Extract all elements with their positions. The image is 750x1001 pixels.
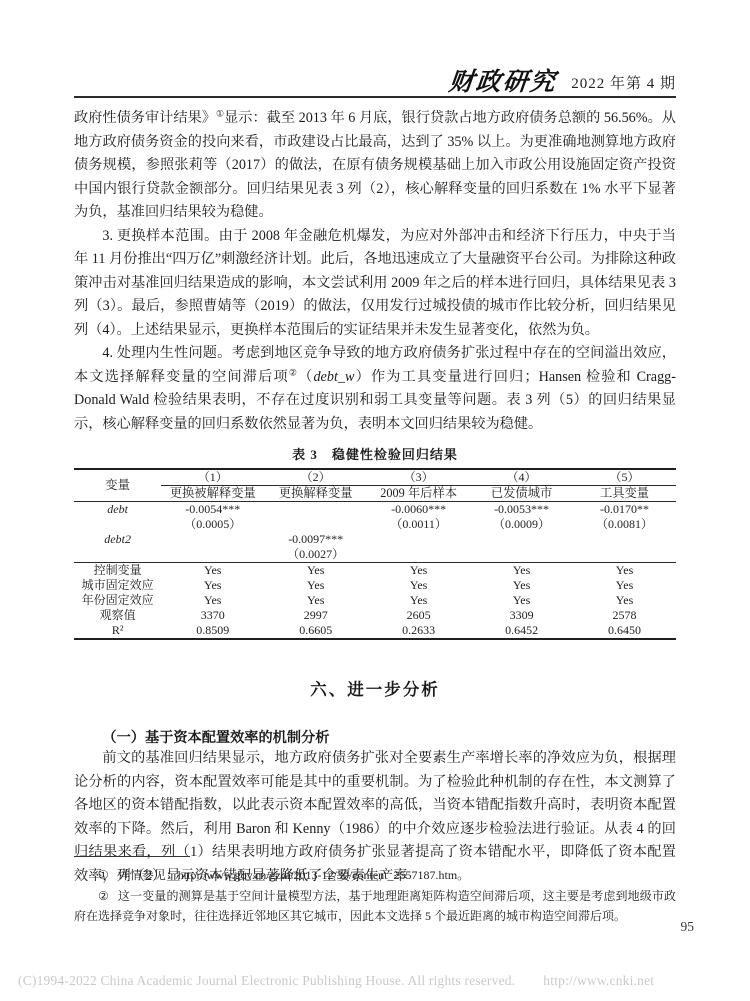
footnote-1-text: 详情参见：http://www.gov.cn/gzdt/2013-12/30/c… [118, 868, 469, 882]
table-cell: Yes [264, 563, 367, 579]
table-cell: 3370 [161, 608, 264, 623]
table-col-number: （2） [264, 469, 367, 486]
footnote-2-text: 这一变量的测算是基于空间计量模型方法，基于地理距离矩阵构造空间滞后项，这主要是考… [74, 889, 676, 924]
table-cell [161, 547, 264, 563]
table-cell [264, 517, 367, 532]
row-label: 城市固定效应 [74, 578, 161, 593]
table-cell: （0.0009） [470, 517, 573, 532]
table-cell: Yes [367, 578, 470, 593]
journal-issue-label: 2022 年第 4 期 [571, 76, 676, 92]
footnote-separator-rule [74, 856, 190, 857]
table-stub-header: 变量 [74, 469, 161, 502]
table-col-name: 更换被解释变量 [161, 486, 264, 502]
table-cell: Yes [573, 563, 676, 579]
table-cell: Yes [470, 593, 573, 608]
page-number: 95 [681, 919, 695, 935]
table-3-block: 表 3 稳健性检验回归结果 变量（1）（2）（3）（4）（5）更换被解释变量更换… [74, 444, 676, 640]
table-cell: Yes [573, 593, 676, 608]
table-cell [161, 532, 264, 547]
table-cell [470, 532, 573, 547]
table-cell: -0.0054*** [161, 502, 264, 518]
paragraph-endogeneity: 4. 处理内生性问题。考虑到地区竞争导致的地方政府债务扩张过程中存在的空间溢出效… [74, 342, 676, 436]
table-cell: （0.0005） [161, 517, 264, 532]
table-cell: -0.0097*** [264, 532, 367, 547]
table-col-name: 2009 年后样本 [367, 486, 470, 502]
table-col-number: （3） [367, 469, 470, 486]
table-row: （0.0027） [74, 547, 676, 563]
footnote-2: ②这一变量的测算是基于空间计量模型方法，基于地理距离矩阵构造空间滞后项，这主要是… [74, 886, 676, 927]
footnote-area: ①详情参见：http://www.gov.cn/gzdt/2013-12/30/… [74, 856, 676, 927]
robustness-table: 变量（1）（2）（3）（4）（5）更换被解释变量更换解释变量2009 年后样本已… [74, 468, 676, 640]
table-cell: 0.2633 [367, 623, 470, 639]
row-label: 观察值 [74, 608, 161, 623]
table-cell: Yes [470, 563, 573, 579]
table-title: 表 3 稳健性检验回归结果 [74, 444, 676, 463]
subsection-title: （一）基于资本配置效率的机制分析 [74, 727, 676, 747]
table-cell: 0.8509 [161, 623, 264, 639]
row-label [74, 517, 161, 532]
footnote-1: ①详情参见：http://www.gov.cn/gzdt/2013-12/30/… [74, 865, 676, 886]
table-cell [573, 532, 676, 547]
paragraph-audit-result: 政府性债务审计结果》①显示：截至 2013 年 6 月底，银行贷款占地方政府债务… [74, 107, 676, 225]
table-col-name: 工具变量 [573, 486, 676, 502]
table-cell [367, 532, 470, 547]
table-cell [264, 502, 367, 518]
table-cell: 2578 [573, 608, 676, 623]
table-cell: Yes [573, 578, 676, 593]
table-cell: （0.0027） [264, 547, 367, 563]
table-cell: （0.0081） [573, 517, 676, 532]
table-row: 控制变量YesYesYesYesYes [74, 563, 676, 579]
table-cell: Yes [367, 593, 470, 608]
table-row: debt-0.0054***-0.0060***-0.0053***-0.017… [74, 502, 676, 518]
table-header-row-names: 更换被解释变量更换解释变量2009 年后样本已发债城市工具变量 [74, 486, 676, 502]
table-cell: Yes [161, 578, 264, 593]
table-row: R²0.85090.66050.26330.64520.6450 [74, 623, 676, 639]
row-label: R² [74, 623, 161, 639]
page-content: 财政研究 2022 年第 4 期 政府性债务审计结果》①显示：截至 2013 年… [74, 62, 676, 888]
table-row: 年份固定效应YesYesYesYesYes [74, 593, 676, 608]
table-cell: Yes [264, 578, 367, 593]
paper-page: 财政研究 2022 年第 4 期 政府性债务审计结果》①显示：截至 2013 年… [0, 0, 750, 1001]
table-cell: -0.0060*** [367, 502, 470, 518]
row-label: 年份固定效应 [74, 593, 161, 608]
journal-logo: 财政研究 [447, 62, 559, 98]
table-cell: Yes [367, 563, 470, 579]
table-cell: Yes [470, 578, 573, 593]
body-text: 政府性债务审计结果》①显示：截至 2013 年 6 月底，银行贷款占地方政府债务… [74, 107, 676, 436]
table-cell [470, 547, 573, 563]
row-label: debt2 [74, 532, 161, 547]
row-label: 控制变量 [74, 563, 161, 579]
table-cell: 0.6605 [264, 623, 367, 639]
copyright-text: (C)1994-2022 China Academic Journal Elec… [18, 973, 515, 988]
table-row: （0.0005）（0.0011）（0.0009）（0.0081） [74, 517, 676, 532]
table-cell: Yes [161, 593, 264, 608]
table-cell: 0.6452 [470, 623, 573, 639]
paragraph-sample-range: 3. 更换样本范围。由于 2008 年金融危机爆发，为应对外部冲击和经济下行压力… [74, 225, 676, 343]
journal-header: 财政研究 2022 年第 4 期 [74, 62, 676, 98]
table-cell: -0.0170** [573, 502, 676, 518]
table-cell: 3309 [470, 608, 573, 623]
table-cell: -0.0053*** [470, 502, 573, 518]
table-col-number: （5） [573, 469, 676, 486]
table-row: 城市固定效应YesYesYesYesYes [74, 578, 676, 593]
copyright-url: http://www.cnki.net [543, 973, 654, 988]
table-cell: Yes [264, 593, 367, 608]
table-header-row-numbers: 变量（1）（2）（3）（4）（5） [74, 469, 676, 486]
table-cell [367, 547, 470, 563]
footnote-1-number: ① [98, 868, 109, 882]
table-cell: 0.6450 [573, 623, 676, 639]
table-cell: （0.0011） [367, 517, 470, 532]
table-row: debt2-0.0097*** [74, 532, 676, 547]
table-cell: 2997 [264, 608, 367, 623]
table-row: 观察值33702997260533092578 [74, 608, 676, 623]
copyright-bar: (C)1994-2022 China Academic Journal Elec… [18, 973, 738, 989]
table-cell: Yes [161, 563, 264, 579]
table-col-name: 更换解释变量 [264, 486, 367, 502]
table-col-number: （4） [470, 469, 573, 486]
footnote-2-number: ② [98, 889, 109, 903]
table-col-name: 已发债城市 [470, 486, 573, 502]
table-col-number: （1） [161, 469, 264, 486]
section-title: 六、进一步分析 [74, 676, 676, 700]
table-cell [573, 547, 676, 563]
row-label: debt [74, 502, 161, 518]
table-cell: 2605 [367, 608, 470, 623]
row-label [74, 547, 161, 563]
